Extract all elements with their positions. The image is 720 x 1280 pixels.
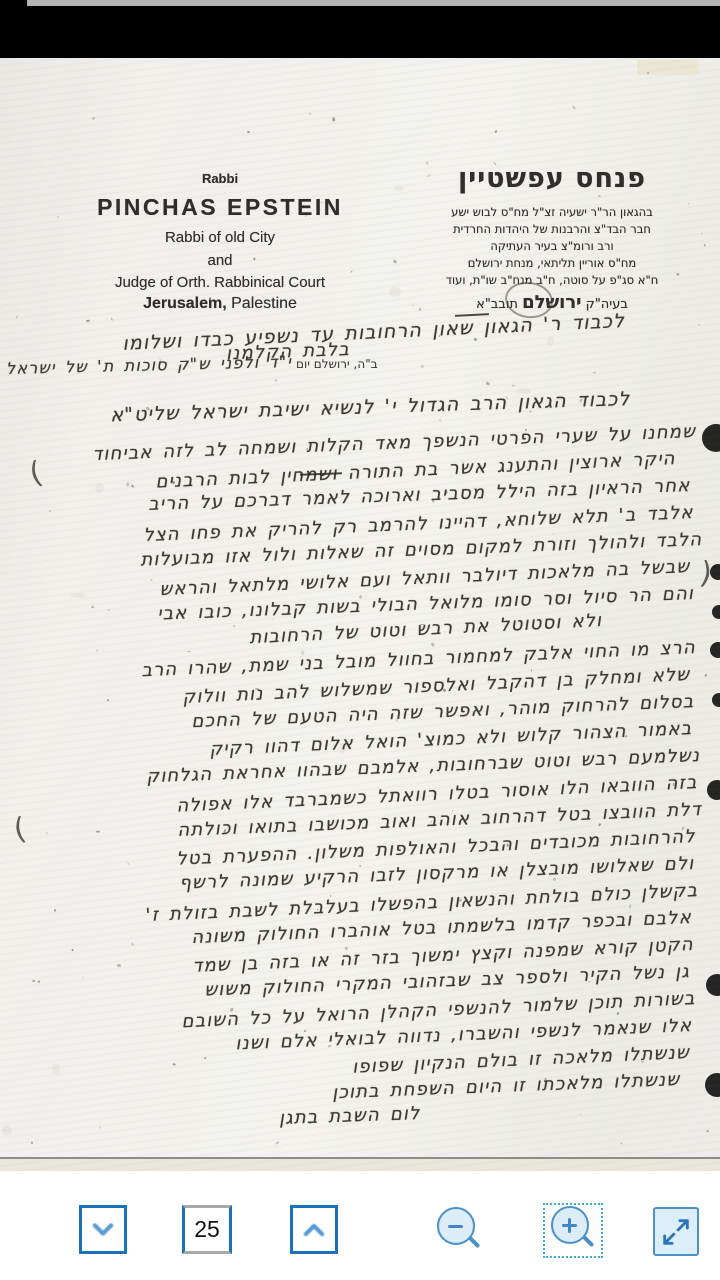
scan-artifact-blob <box>710 564 720 580</box>
letterhead-en-line3: Judge of Orth. Rabbinical Court <box>55 274 385 291</box>
chevron-down-icon <box>89 1216 117 1244</box>
page-down-button[interactable] <box>79 1205 127 1254</box>
letterhead-he-line5: ח"א סג"פ על סוטה, ח"ב מנח"ב שו"ת, ועוד <box>392 272 712 289</box>
minus-icon <box>448 1225 463 1229</box>
manuscript-line: י"ד ולפני ש"ק סוכות ת' של ישראל <box>6 352 292 378</box>
fullscreen-button[interactable] <box>653 1207 699 1256</box>
manuscript-line: לכבוד הגאון הרב הגדול י' לנשיא ישיבת ישר… <box>109 388 630 426</box>
letterhead-he-line3: ורב ורומ"צ בעיר העתיקה <box>392 238 712 255</box>
letterhead-en-line1: Rabbi of old City <box>55 229 385 246</box>
chevron-up-icon <box>300 1216 328 1244</box>
scan-artifact-blob <box>712 693 720 707</box>
letterhead-he-line1: בהגאון הר"ר ישעיה זצ"ל מח"ס לבוש ישע <box>392 204 712 221</box>
letterhead-en-city: Jerusalem, <box>143 295 227 312</box>
page-number-input[interactable] <box>182 1205 232 1254</box>
viewer-toolbar <box>0 1171 720 1280</box>
scan-artifact-blob <box>712 605 720 619</box>
scan-stain <box>637 60 699 75</box>
letterhead-he-line2: חבר הבד"צ והרבנות של היהדות החרדית <box>392 221 712 238</box>
scan-artifact-blob <box>702 424 720 452</box>
scanned-page: Rabbi PINCHAS EPSTEIN Rabbi of old City … <box>0 58 720 1171</box>
letterhead-he-line4: מח"ס אוריין תליתאי, מנחת ירושלם <box>392 255 712 272</box>
document-viewer-window: Rabbi PINCHAS EPSTEIN Rabbi of old City … <box>0 0 720 1280</box>
manuscript-line: לכבוד ר' הגאון שאון הרחובות עד נשפיע כבד… <box>122 310 626 355</box>
page-up-button[interactable] <box>290 1205 338 1254</box>
scan-artifact-blob <box>710 642 720 658</box>
zoom-out-handle <box>468 1236 481 1249</box>
margin-mark: ( <box>26 455 46 492</box>
scan-artifact-blob <box>707 780 720 800</box>
letterhead-en-city-line: Jerusalem, Palestine <box>55 295 385 313</box>
page-bottom-strip <box>0 1159 720 1171</box>
letterhead-en-name: PINCHAS EPSTEIN <box>55 194 385 221</box>
margin-mark: ( <box>11 811 29 848</box>
scan-artifact-blob <box>706 974 720 996</box>
letterhead-en-line2: and <box>55 252 385 269</box>
fullscreen-arrows-icon <box>659 1215 693 1249</box>
top-black-bar <box>0 6 720 58</box>
manuscript-line: לום השבת בתגן <box>278 1103 420 1129</box>
letterhead-he-name: פנחס עפשטיין <box>392 163 712 194</box>
plus-icon <box>568 1218 572 1233</box>
letterhead-en-rabbi: Rabbi <box>55 171 385 186</box>
letterhead-en-region: Palestine <box>227 295 297 312</box>
scan-artifact-blob <box>705 1073 720 1097</box>
